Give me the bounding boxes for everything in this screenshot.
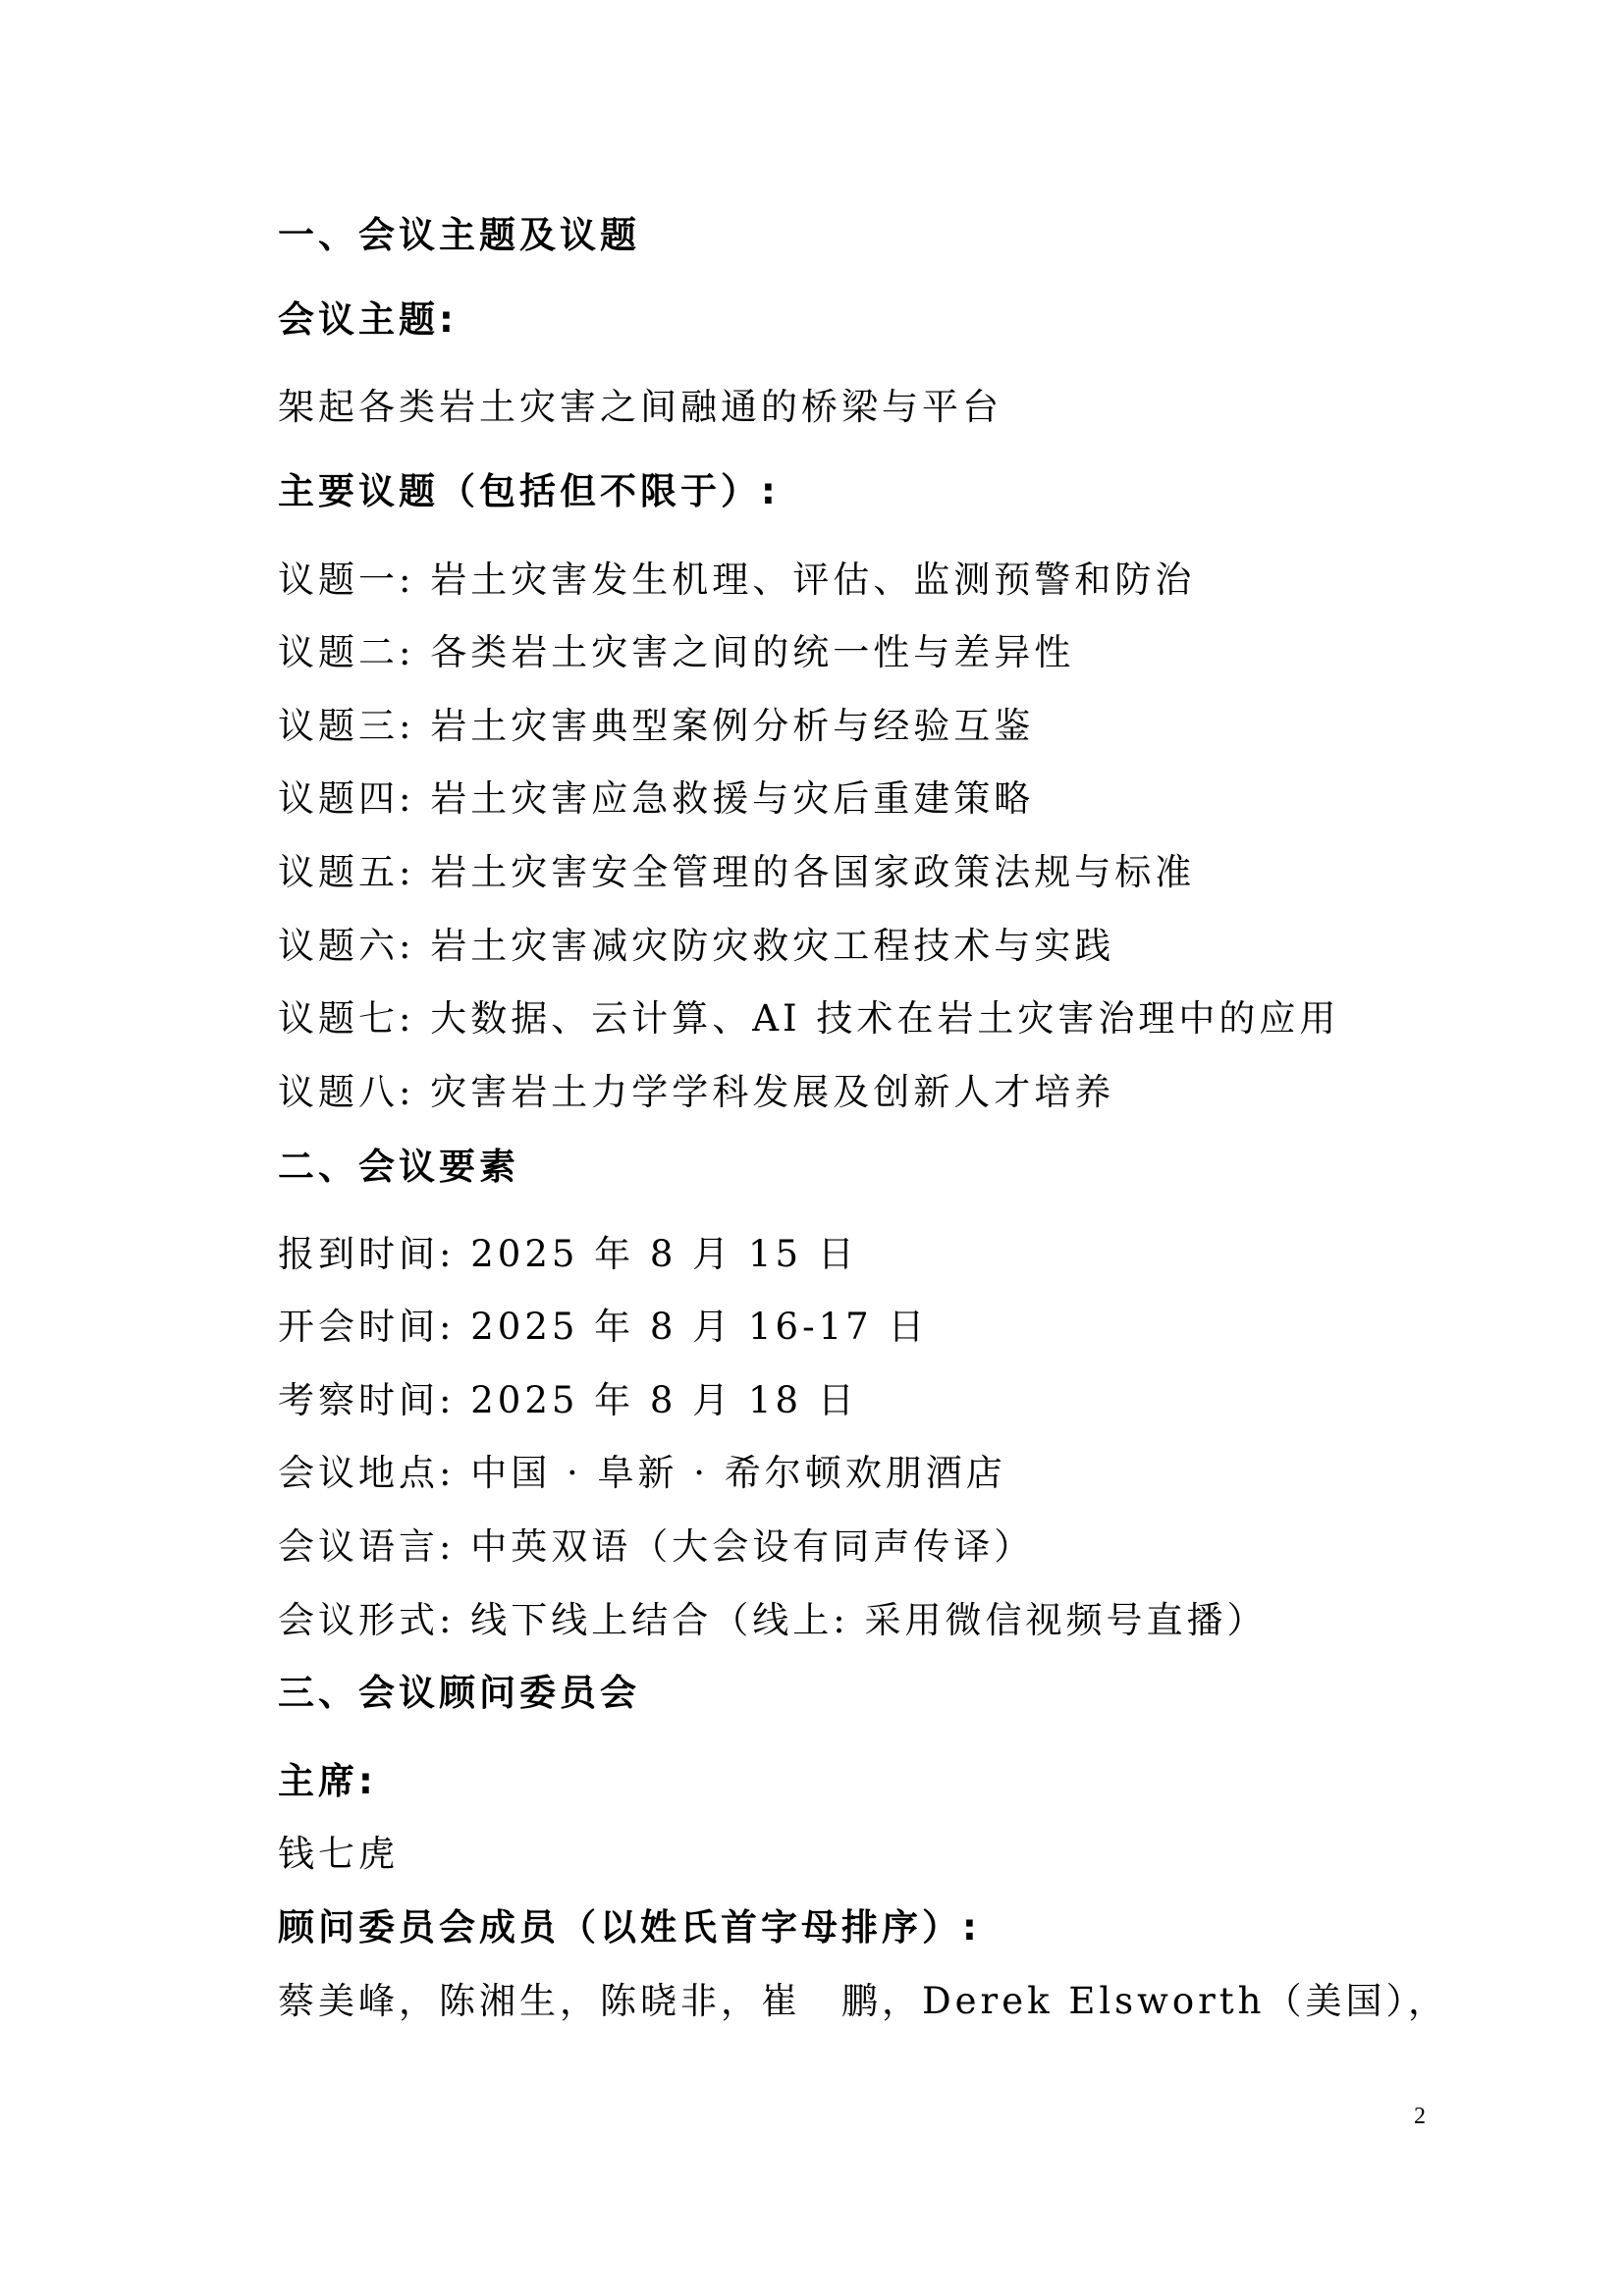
topic-label: 议题八:: [278, 1071, 414, 1113]
chair-label: 主席:: [278, 1760, 377, 1803]
theme-text: 架起各类岩土灾害之间融通的桥梁与平台: [278, 386, 1002, 429]
topic-label: 议题三:: [278, 705, 414, 747]
document-page: 一、会议主题及议题 会议主题: 架起各类岩土灾害之间融通的桥梁与平台 主要议题（…: [0, 0, 1624, 2296]
topic-text: 大数据、云计算、AI 技术在岩土灾害治理中的应用: [430, 997, 1339, 1040]
info-label: 报到时间:: [278, 1233, 455, 1275]
info-item: 开会时间: 2025 年 8 月 16-17 日: [278, 1306, 928, 1349]
page-number: 2: [1414, 2103, 1426, 2130]
info-label: 会议形式:: [278, 1599, 455, 1641]
topic-text: 岩土灾害发生机理、评估、监测预警和防治: [430, 559, 1195, 601]
topic-label: 议题五:: [278, 851, 414, 893]
topic-label: 议题七:: [278, 997, 414, 1040]
topic-text: 岩土灾害减灾防灾救灾工程技术与实践: [430, 925, 1114, 967]
info-item: 报到时间: 2025 年 8 月 15 日: [278, 1233, 858, 1276]
topic-label: 议题四:: [278, 777, 414, 820]
section-heading-2: 二、会议要素: [278, 1146, 519, 1189]
topic-item: 议题三: 岩土灾害典型案例分析与经验互鉴: [278, 705, 1034, 748]
topic-item: 议题一: 岩土灾害发生机理、评估、监测预警和防治: [278, 559, 1195, 602]
theme-label: 会议主题:: [278, 298, 458, 342]
members-list: 蔡美峰，陈湘生，陈晓非，崔 鹏，Derek Elsworth（美国），: [278, 1980, 1448, 2023]
topic-item: 议题七: 大数据、云计算、AI 技术在岩土灾害治理中的应用: [278, 997, 1339, 1041]
info-value: 2025 年 8 月 16-17 日: [470, 1306, 928, 1348]
topic-label: 议题一:: [278, 559, 414, 601]
info-value: 线下线上结合（线上: 采用微信视频号直播）: [470, 1599, 1267, 1641]
topic-text: 岩土灾害应急救援与灾后重建策略: [430, 777, 1034, 820]
info-item: 会议形式: 线下线上结合（线上: 采用微信视频号直播）: [278, 1599, 1267, 1642]
topic-text: 灾害岩土力学学科发展及创新人才培养: [430, 1071, 1114, 1113]
topic-item: 议题五: 岩土灾害安全管理的各国家政策法规与标准: [278, 851, 1195, 894]
section-heading-1: 一、会议主题及议题: [278, 214, 640, 257]
info-label: 开会时间:: [278, 1306, 455, 1348]
info-label: 考察时间:: [278, 1379, 455, 1421]
topic-text: 岩土灾害典型案例分析与经验互鉴: [430, 705, 1034, 747]
topic-item: 议题八: 灾害岩土力学学科发展及创新人才培养: [278, 1071, 1114, 1114]
info-label: 会议语言:: [278, 1525, 455, 1568]
info-value: 2025 年 8 月 15 日: [470, 1233, 858, 1275]
info-value: 中英双语（大会设有同声传译）: [470, 1525, 1034, 1568]
info-value: 中国 · 阜新 · 希尔顿欢朋酒店: [470, 1452, 1006, 1494]
topic-item: 议题四: 岩土灾害应急救援与灾后重建策略: [278, 777, 1034, 821]
info-value: 2025 年 8 月 18 日: [470, 1379, 858, 1421]
topic-text: 各类岩土灾害之间的统一性与差异性: [430, 631, 1074, 673]
section-heading-3: 三、会议顾问委员会: [278, 1672, 640, 1715]
topic-item: 议题二: 各类岩土灾害之间的统一性与差异性: [278, 631, 1074, 674]
topic-label: 议题二:: [278, 631, 414, 673]
info-label: 会议地点:: [278, 1452, 455, 1494]
topics-label: 主要议题（包括但不限于）:: [278, 470, 780, 513]
topic-label: 议题六:: [278, 925, 414, 967]
chair-name: 钱七虎: [278, 1833, 399, 1876]
topic-item: 议题六: 岩土灾害减灾防灾救灾工程技术与实践: [278, 925, 1114, 968]
info-item: 会议语言: 中英双语（大会设有同声传译）: [278, 1525, 1034, 1569]
members-label: 顾问委员会成员（以姓氏首字母排序）:: [278, 1906, 981, 1949]
topic-text: 岩土灾害安全管理的各国家政策法规与标准: [430, 851, 1195, 893]
info-item: 考察时间: 2025 年 8 月 18 日: [278, 1379, 858, 1422]
info-item: 会议地点: 中国 · 阜新 · 希尔顿欢朋酒店: [278, 1452, 1006, 1495]
